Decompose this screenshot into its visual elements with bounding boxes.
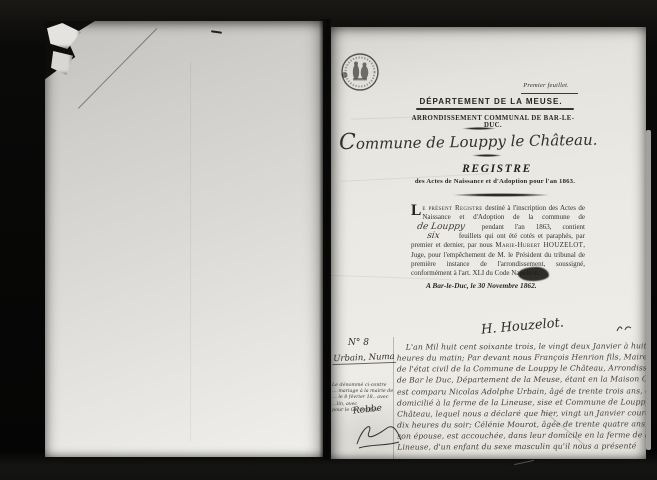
handwritten-folio-count: six bbox=[426, 232, 440, 241]
act-name: Urbain, Numa bbox=[332, 352, 396, 365]
act-line: de Bar le Duc, Département de la Meuse, … bbox=[397, 374, 646, 386]
scratch-mark bbox=[514, 460, 534, 465]
register-title-page: Premier feuillet. DÉPARTEMENT DE LA MEUS… bbox=[331, 27, 646, 459]
register-subtitle: des Actes de Naissance et d'Adoption pou… bbox=[411, 178, 579, 185]
left-blank-page bbox=[45, 21, 323, 457]
commune-handwritten-line: Commune de Louppy le Château. bbox=[339, 126, 589, 155]
act-number: N° 8 bbox=[348, 338, 369, 348]
dateline: A Bar-le-Duc, le 30 Novembre 1862. bbox=[426, 281, 576, 290]
judge-signature: H. Houzelot. bbox=[481, 315, 565, 337]
declaration-text: pendant l'an 1863, contient bbox=[482, 223, 585, 231]
ornament-divider bbox=[449, 193, 553, 197]
ink-speck bbox=[211, 30, 222, 34]
drop-cap: L bbox=[411, 204, 421, 217]
imperial-timbre-stamp-icon bbox=[340, 52, 380, 92]
judge-name: Marie-Hubert HOUZELOT bbox=[495, 241, 583, 249]
marginal-mention-line: … le 8 février 18.. avec bbox=[332, 395, 396, 401]
handwritten-commune-word: de Louppy bbox=[416, 223, 465, 232]
declaration-opening: e présent Registre bbox=[422, 204, 482, 212]
horizontal-rule bbox=[521, 93, 578, 94]
ornament-divider bbox=[471, 154, 503, 157]
birth-act-handwritten: L'an Mil huit cent soixante trois, le vi… bbox=[397, 340, 646, 453]
small-pen-mark bbox=[615, 322, 633, 334]
sheet-number-label: Premier feuillet. bbox=[481, 82, 569, 89]
ink-blot bbox=[518, 267, 549, 281]
page-crease-line bbox=[190, 61, 191, 441]
page-crease-line bbox=[78, 28, 157, 109]
act-line: Lineuse, d'un enfant du sexe masculin qu… bbox=[397, 441, 646, 453]
page-edge-stack bbox=[646, 130, 651, 450]
department-header: DÉPARTEMENT DE LA MEUSE. bbox=[416, 97, 566, 106]
horizontal-rule bbox=[416, 108, 574, 110]
scanned-register-photo: Premier feuillet. DÉPARTEMENT DE LA MEUS… bbox=[0, 0, 657, 480]
margin-rule bbox=[393, 337, 394, 459]
register-title: REGISTRE bbox=[451, 163, 543, 175]
declaration-paragraph: Le présent Registre destiné à l'inscript… bbox=[411, 204, 585, 279]
marginal-mention-name: Robbe bbox=[353, 404, 383, 417]
